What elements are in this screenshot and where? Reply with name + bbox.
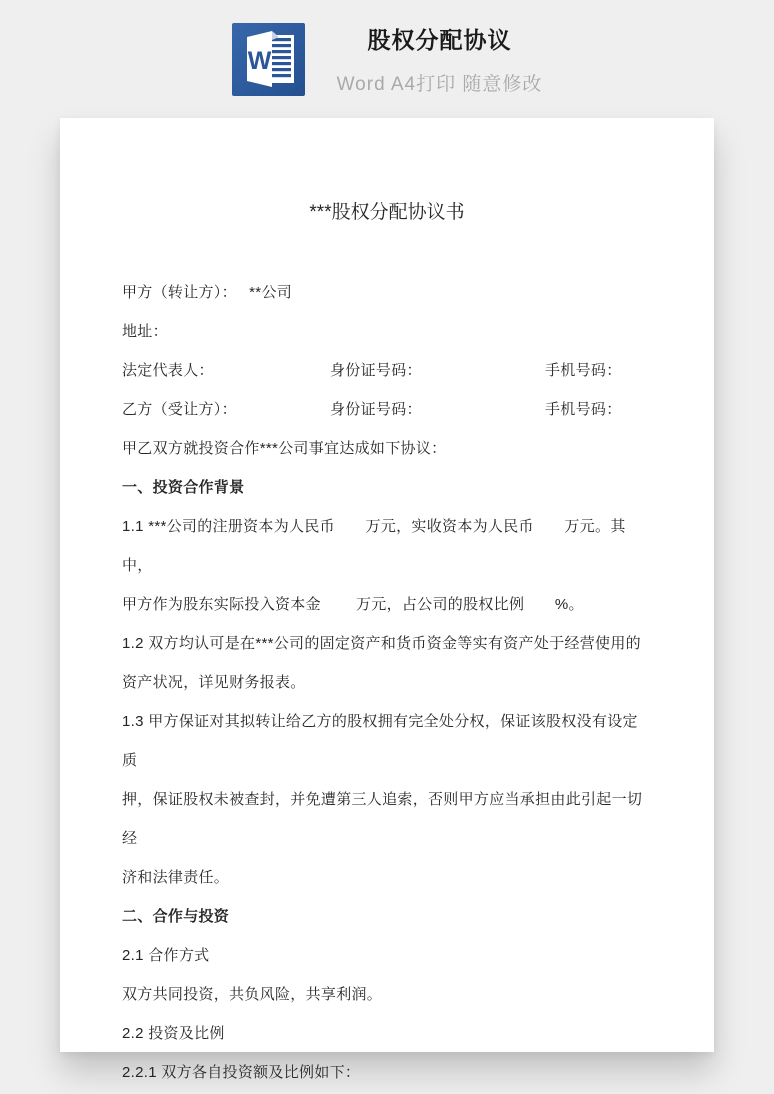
document-line: 1.3 甲方保证对其拟转让给乙方的股权拥有完全处分权，保证该股权没有设定质 [122,702,652,780]
word-icon: W [232,23,305,96]
document-line: 法定代表人：身份证号码：手机号码： [122,351,652,390]
document-lines: 甲方（转让方）： **公司地址：法定代表人：身份证号码：手机号码：乙方（受让方）… [122,273,652,1092]
field-label: 身份证号码： [330,390,545,429]
document-line: 双方共同投资，共负风险，共享利润。 [122,975,652,1014]
document-line: 甲方作为股东实际投入资本金 万元，占公司的股权比例 %。 [122,585,652,624]
document-line: 资产状况，详见财务报表。 [122,663,652,702]
template-header: W 股权分配协议 Word A4打印 随意修改 [0,0,774,118]
document-line: 1.2 双方均认可是在***公司的固定资产和货币资金等实有资产处于经营使用的 [122,624,652,663]
document-title: ***股权分配协议书 [122,193,652,232]
field-label: 手机号码： [545,351,652,390]
template-title: 股权分配协议 [368,22,512,55]
document-line: 乙方（受让方）：身份证号码：手机号码： [122,390,652,429]
document-line: 押，保证股权未被查封，并免遭第三人追索，否则甲方应当承担由此引起一切经 [122,780,652,858]
document-line: 地址： [122,312,652,351]
document-line: 甲方（转让方）： **公司 [122,273,652,312]
document-section-heading: 一、投资合作背景 [122,468,652,507]
template-subtitle: Word A4打印 随意修改 [337,69,543,96]
field-label: 手机号码： [545,390,652,429]
svg-text:W: W [247,47,271,75]
document-line: 2.2.1 双方各自投资额及比例如下： [122,1053,652,1092]
field-label: 法定代表人： [122,351,330,390]
document-line: 2.2 投资及比例 [122,1014,652,1053]
document-section-heading: 二、合作与投资 [122,897,652,936]
document-line: 1.1 ***公司的注册资本为人民币 万元，实收资本为人民币 万元。其中， [122,507,652,585]
document-line: 甲乙双方就投资合作***公司事宜达成如下协议： [122,429,652,468]
document-line: 2.1 合作方式 [122,936,652,975]
field-label: 乙方（受让方）： [122,390,330,429]
document-page: ***股权分配协议书 甲方（转让方）： **公司地址：法定代表人：身份证号码：手… [60,118,714,1052]
field-label: 身份证号码： [330,351,545,390]
header-text: 股权分配协议 Word A4打印 随意修改 [337,22,543,96]
document-line: 济和法律责任。 [122,858,652,897]
